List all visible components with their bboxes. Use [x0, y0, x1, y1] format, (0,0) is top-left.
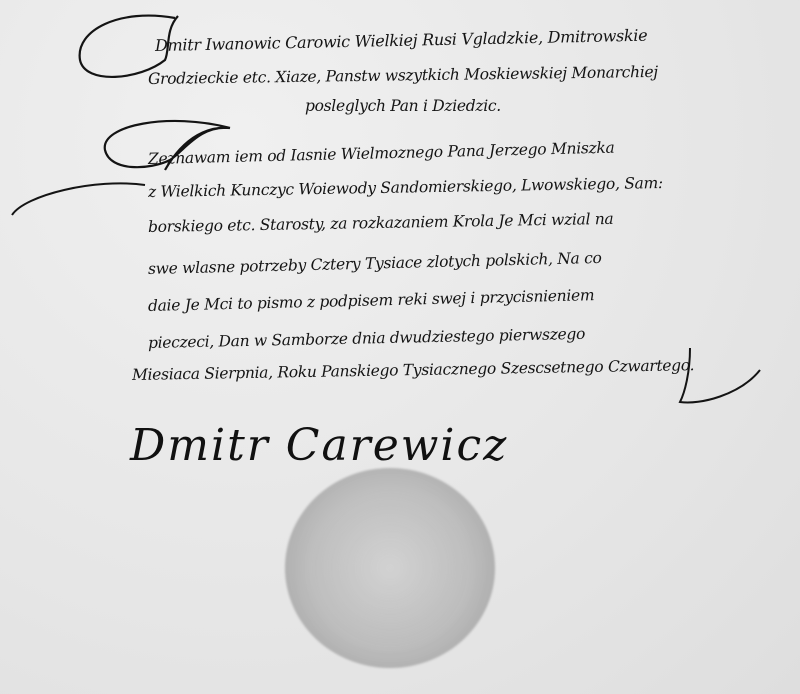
- text-line-3: posleglych Pan i Dziedzic.: [305, 97, 501, 115]
- wax-seal: [285, 468, 495, 668]
- signature: Dmitr Carewicz: [130, 420, 508, 471]
